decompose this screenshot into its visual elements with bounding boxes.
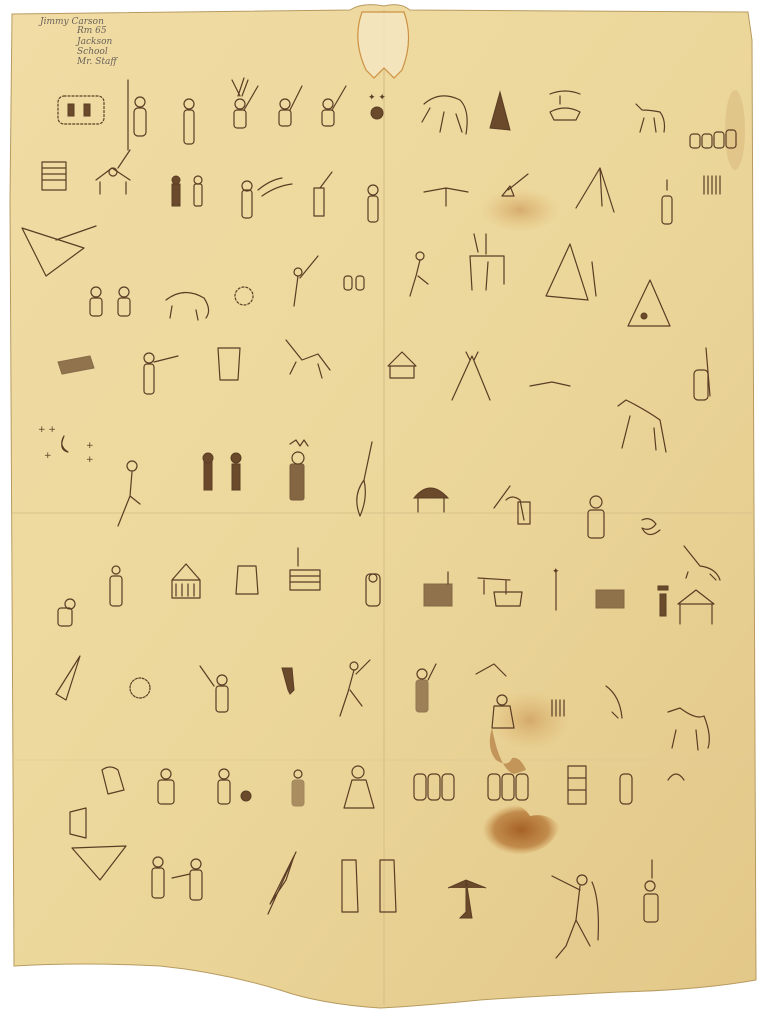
inscription-teacher: Mr. Staff [77,57,117,67]
svg-text:+: + [86,441,94,451]
svg-text:+ +: + + [38,425,56,435]
inscription-school-2: School [77,47,108,57]
cloth-document: ✦ ✦ [0,0,764,1035]
svg-text:+: + [86,455,94,465]
svg-text:+: + [44,451,52,461]
cloth-sheet [10,5,756,1008]
inscription-school-1: Jackson [77,37,112,47]
top-stain [358,12,409,78]
inscription-room: Rm 65 [77,26,107,36]
svg-text:✦: ✦ [552,567,560,577]
svg-text:✦ ✦: ✦ ✦ [368,93,386,103]
